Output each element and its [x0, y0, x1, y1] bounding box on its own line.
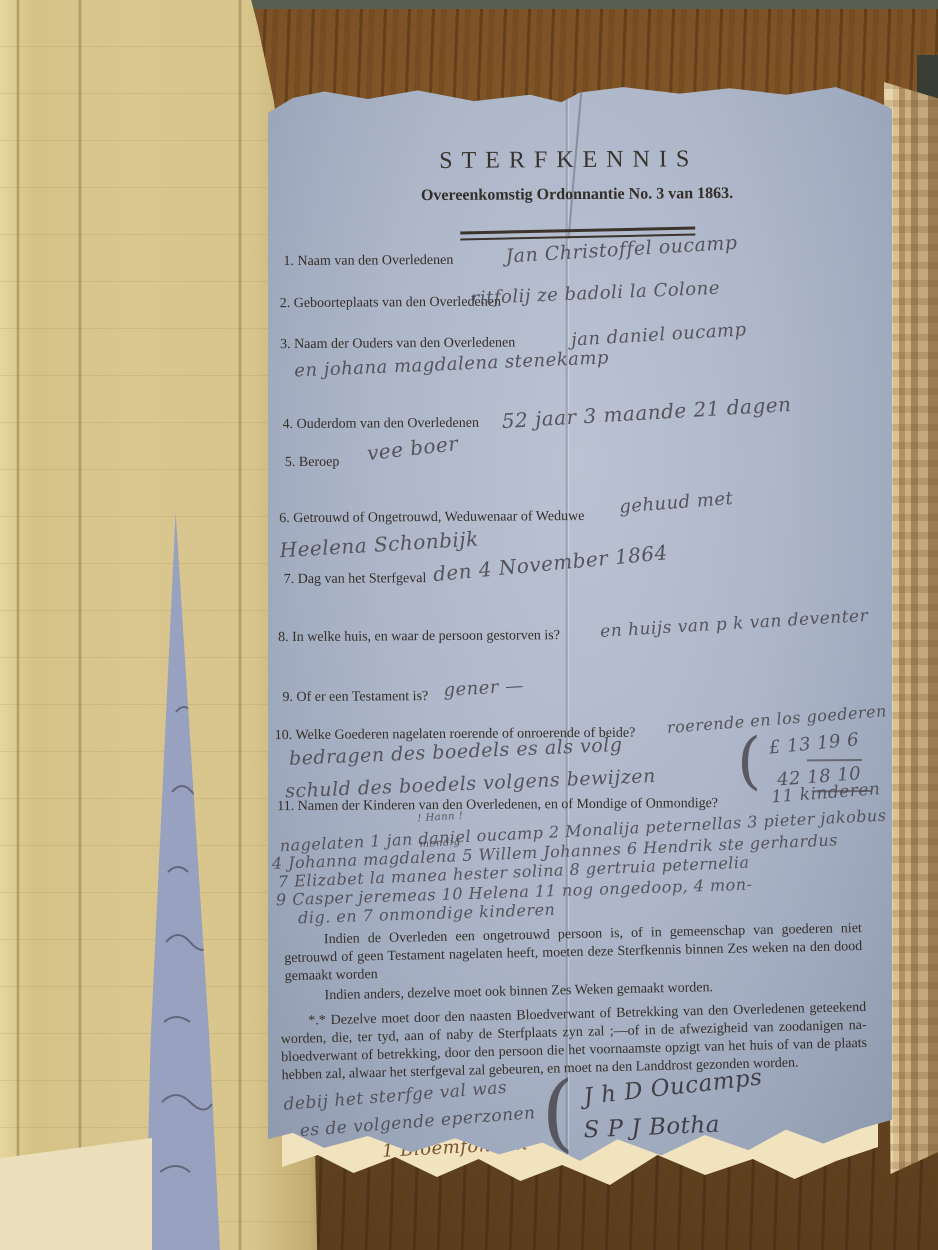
item-label: Getrouwd of Ongetrouwd, Weduwenaar of We… — [293, 509, 584, 526]
item-9-answer: gener — — [443, 675, 524, 701]
document-stack-fore-edge — [884, 82, 938, 1174]
item-11-label: 11. Namen der Kinderen van den Overleden… — [277, 796, 718, 815]
item-3-label: 3. Naam der Ouders van den Overledenen — [280, 335, 515, 353]
hidden-handwriting-squiggles — [146, 512, 220, 1250]
item-2-answer: ritfolij ze badoli la Colone — [470, 278, 720, 309]
page-fold-line — [16, 0, 20, 1250]
item-2-label: 2. Geboorteplaats van den Overledenen — [280, 295, 501, 313]
item-label: Naam der Ouders van den Overledenen — [294, 335, 515, 352]
page-fold-line — [78, 0, 82, 1250]
item-label: Of er een Testament is? — [296, 689, 428, 705]
item-label: Beroep — [299, 455, 340, 470]
paragraph-1: Indien de Overleden een ongetrouwd perso… — [284, 920, 863, 986]
children-interlinear-1: ! Hann ! — [417, 811, 464, 825]
item-6-answer-2: Heelena Schonbijk — [279, 527, 479, 563]
item-label: Namen der Kinderen van den Overledenen, … — [298, 796, 718, 814]
item-number: 6. — [279, 511, 290, 526]
torn-gap-blue-page — [146, 512, 220, 1250]
item-label: Naam van den Overledenen — [297, 253, 453, 269]
item-number: 5. — [285, 455, 296, 470]
item-number: 9. — [282, 690, 293, 705]
currency-sign: £ — [768, 737, 782, 759]
amount-value: 13 19 6 — [786, 729, 860, 757]
item-label: Ouderdom van den Overledenen — [297, 416, 479, 432]
item-number: 4. — [283, 417, 294, 432]
item-number: 3. — [280, 337, 291, 352]
item-6-answer: gehuud met — [619, 488, 734, 518]
page-fold-line — [238, 0, 242, 1250]
background-shelf-strip — [205, 0, 938, 9]
item-8-answer: en huijs van p k van deventer — [600, 606, 869, 642]
item-number: 10. — [275, 728, 293, 743]
item-number: 7. — [284, 572, 295, 587]
item-8-label: 8. In welke huis, en waar de persoon ges… — [278, 628, 560, 646]
form-title: STERFKENNIS — [265, 145, 873, 176]
item-3-answer: jan daniel oucamp — [571, 319, 748, 350]
item-7-label: 7. Dag van het Sterfgeval — [284, 571, 427, 588]
item-label: In welke huis, en waar de persoon gestor… — [292, 628, 560, 645]
item-number: 8. — [278, 630, 289, 645]
item-number: 11. — [277, 799, 294, 814]
item-5-answer: vee boer — [366, 431, 460, 465]
form-subtitle: Overeenkomstig Ordonnantie No. 3 van 186… — [265, 184, 889, 206]
form-content: STERFKENNIS Overeenkomstig Ordonnantie N… — [264, 83, 896, 1165]
item-number: 1. — [283, 254, 294, 269]
bottom-left-page-edge — [0, 1138, 152, 1250]
item-5-label: 5. Beroep — [285, 455, 340, 471]
item-4-label: 4. Ouderdom van den Overledenen — [283, 416, 479, 433]
item-6-label: 6. Getrouwd of Ongetrouwd, Weduwenaar of… — [279, 509, 584, 527]
item-4-answer: 52 jaar 3 maande 21 dagen — [501, 392, 792, 433]
sum-line — [807, 759, 862, 761]
item-number: 2. — [280, 296, 291, 311]
estate-brace: ( — [737, 724, 762, 797]
estate-amount-top: £ 13 19 6 — [768, 729, 860, 758]
item-label: Dag van het Sterfgeval — [298, 571, 427, 587]
sterfkennis-form: STERFKENNIS Overeenkomstig Ordonnantie N… — [268, 85, 892, 1163]
item-1-label: 1. Naam van den Overledenen — [283, 253, 453, 270]
item-9-label: 9. Of er een Testament is? — [282, 689, 428, 706]
